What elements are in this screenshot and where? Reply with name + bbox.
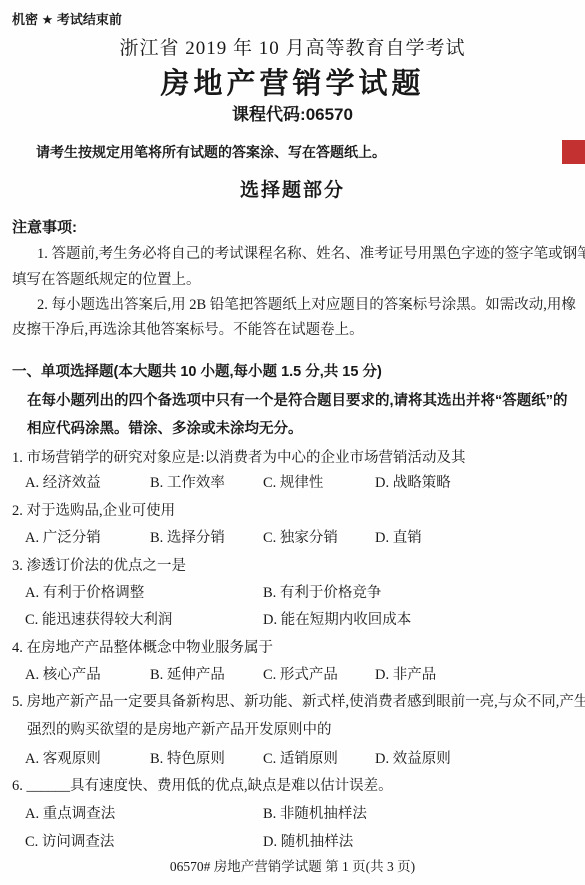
- exam-paper-page: 机密 ★ 考试结束前 浙江省 2019 年 10 月高等教育自学考试 房地产营销…: [0, 0, 585, 885]
- question-options: A. 客观原则 B. 特色原则 C. 适销原则 D. 效益原则: [0, 747, 585, 767]
- question-options: A. 有利于价格调整 B. 有利于价格竞争: [0, 581, 585, 601]
- option-a: A. 广泛分销: [25, 526, 101, 547]
- notes-heading: 注意事项:: [12, 216, 77, 237]
- option-d: D. 直销: [375, 526, 422, 547]
- exam-title: 房地产营销学试题: [0, 61, 585, 102]
- option-c: C. 适销原则: [263, 747, 338, 768]
- option-b: B. 工作效率: [150, 471, 225, 492]
- question-text: 6. ______具有速度快、费用低的优点,缺点是难以估计误差。: [12, 774, 393, 795]
- option-c: C. 访问调查法: [25, 830, 114, 851]
- question-text: 2. 对于选购品,企业可使用: [12, 499, 175, 520]
- question-text-line-1: 5. 房地产新产品一定要具备新构思、新功能、新式样,使消费者感到眼前一亮,与众不…: [12, 690, 585, 711]
- option-c: C. 形式产品: [263, 663, 338, 684]
- question-text: 3. 渗透订价法的优点之一是: [12, 554, 186, 575]
- question-options: A. 广泛分销 B. 选择分销 C. 独家分销 D. 直销: [0, 526, 585, 546]
- section-one-instruction-line-1: 在每小题列出的四个备选项中只有一个是符合题目要求的,请将其选出并将“答题纸”的: [27, 389, 568, 410]
- section-one-instruction-line-2: 相应代码涂黑。错涂、多涂或未涂均无分。: [27, 417, 303, 438]
- question-options: C. 访问调查法 D. 随机抽样法: [0, 830, 585, 850]
- note-2-line-1: 2. 每小题选出答案后,用 2B 铅笔把答题纸上对应题目的答案标号涂黑。如需改动…: [37, 293, 576, 314]
- option-a: A. 有利于价格调整: [25, 581, 144, 602]
- option-d: D. 效益原则: [375, 747, 451, 768]
- option-b: B. 有利于价格竞争: [263, 581, 381, 602]
- option-a: A. 重点调查法: [25, 802, 115, 823]
- option-d: D. 能在短期内收回成本: [263, 608, 411, 629]
- option-d: D. 随机抽样法: [263, 830, 353, 851]
- course-code: 课程代码:06570: [0, 100, 585, 125]
- exam-session-title: 浙江省 2019 年 10 月高等教育自学考试: [0, 33, 585, 60]
- question-text-line-2: 强烈的购买欲望的是房地产新产品开发原则中的: [27, 718, 332, 739]
- question-text: 1. 市场营销学的研究对象应是:以消费者为中心的企业市场营销活动及其: [12, 446, 466, 467]
- question-options: A. 重点调查法 B. 非随机抽样法: [0, 802, 585, 822]
- option-d: D. 战略策略: [375, 471, 451, 492]
- section-one-heading: 一、单项选择题(本大题共 10 小题,每小题 1.5 分,共 15 分): [12, 360, 382, 381]
- section-heading: 选择题部分: [0, 175, 585, 202]
- question-options: A. 核心产品 B. 延伸产品 C. 形式产品 D. 非产品: [0, 663, 585, 683]
- secrecy-notice: 机密 ★ 考试结束前: [12, 9, 122, 28]
- note-1-line-1: 1. 答题前,考生务必将自己的考试课程名称、姓名、准考证号用黑色字迹的签字笔或钢…: [37, 242, 585, 263]
- option-d: D. 非产品: [375, 663, 436, 684]
- red-stamp: [562, 140, 585, 164]
- option-b: B. 选择分销: [150, 526, 225, 547]
- option-a: A. 经济效益: [25, 471, 101, 492]
- note-2-line-2: 皮擦干净后,再选涂其他答案标号。不能答在试题卷上。: [12, 318, 364, 339]
- question-text: 4. 在房地产产品整体概念中物业服务属于: [12, 636, 273, 657]
- option-b: B. 特色原则: [150, 747, 225, 768]
- option-c: C. 能迅速获得较大利润: [25, 608, 172, 629]
- pen-instruction: 请考生按规定用笔将所有试题的答案涂、写在答题纸上。: [36, 142, 386, 162]
- option-c: C. 独家分销: [263, 526, 338, 547]
- option-a: A. 核心产品: [25, 663, 101, 684]
- note-1-line-2: 填写在答题纸规定的位置上。: [12, 268, 201, 289]
- page-footer: 06570# 房地产营销学试题 第 1 页(共 3 页): [0, 855, 585, 875]
- option-a: A. 客观原则: [25, 747, 101, 768]
- question-options: A. 经济效益 B. 工作效率 C. 规律性 D. 战略策略: [0, 471, 585, 491]
- option-b: B. 延伸产品: [150, 663, 225, 684]
- option-b: B. 非随机抽样法: [263, 802, 367, 823]
- question-options: C. 能迅速获得较大利润 D. 能在短期内收回成本: [0, 608, 585, 628]
- option-c: C. 规律性: [263, 471, 323, 492]
